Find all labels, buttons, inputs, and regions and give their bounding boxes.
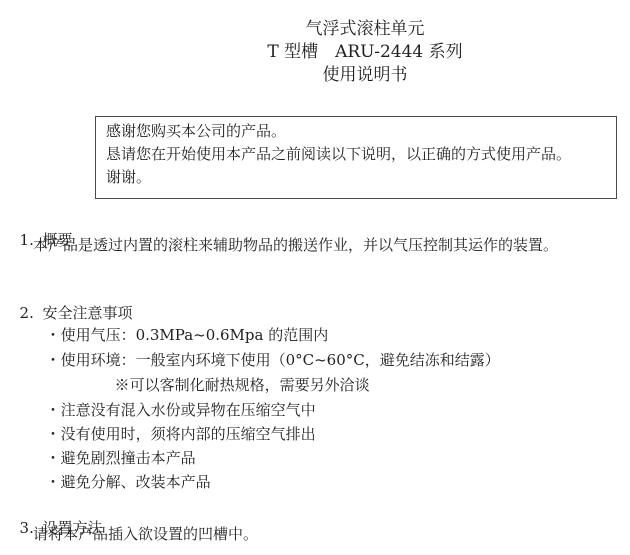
model-series-title: T 型槽 ARU-2444 系列	[100, 41, 630, 64]
section-1-body: 本产品是透过内置的滚柱来辅助物品的搬送作业，并以气压控制其运作的装置。	[33, 236, 558, 254]
bullet-icon: ・	[46, 351, 61, 369]
greeting-box: 感谢您购买本公司的产品。 恳请您在开始使用本产品之前阅读以下说明，以正确的方式使…	[95, 116, 617, 199]
product-name-title: 气浮式滚柱单元	[100, 18, 630, 41]
manual-page: { "page": { "background": "#ffffff", "te…	[0, 0, 630, 555]
greeting-line: 谢谢。	[106, 166, 606, 189]
document-title-block: 气浮式滚柱单元 T 型槽 ARU-2444 系列 使用说明书	[100, 18, 630, 87]
bullet-icon: ・	[46, 473, 61, 491]
safety-item-no-disassembly: ・避免分解、改装本产品	[36, 455, 211, 491]
greeting-line: 感谢您购买本公司的产品。	[106, 120, 606, 143]
manual-type-title: 使用说明书	[100, 64, 630, 87]
safety-item-text: 避免分解、改装本产品	[61, 473, 211, 491]
section-3-body: 请将本产品插入欲设置的凹槽中。	[33, 525, 258, 543]
greeting-line: 恳请您在开始使用本产品之前阅读以下说明，以正确的方式使用产品。	[106, 143, 606, 166]
